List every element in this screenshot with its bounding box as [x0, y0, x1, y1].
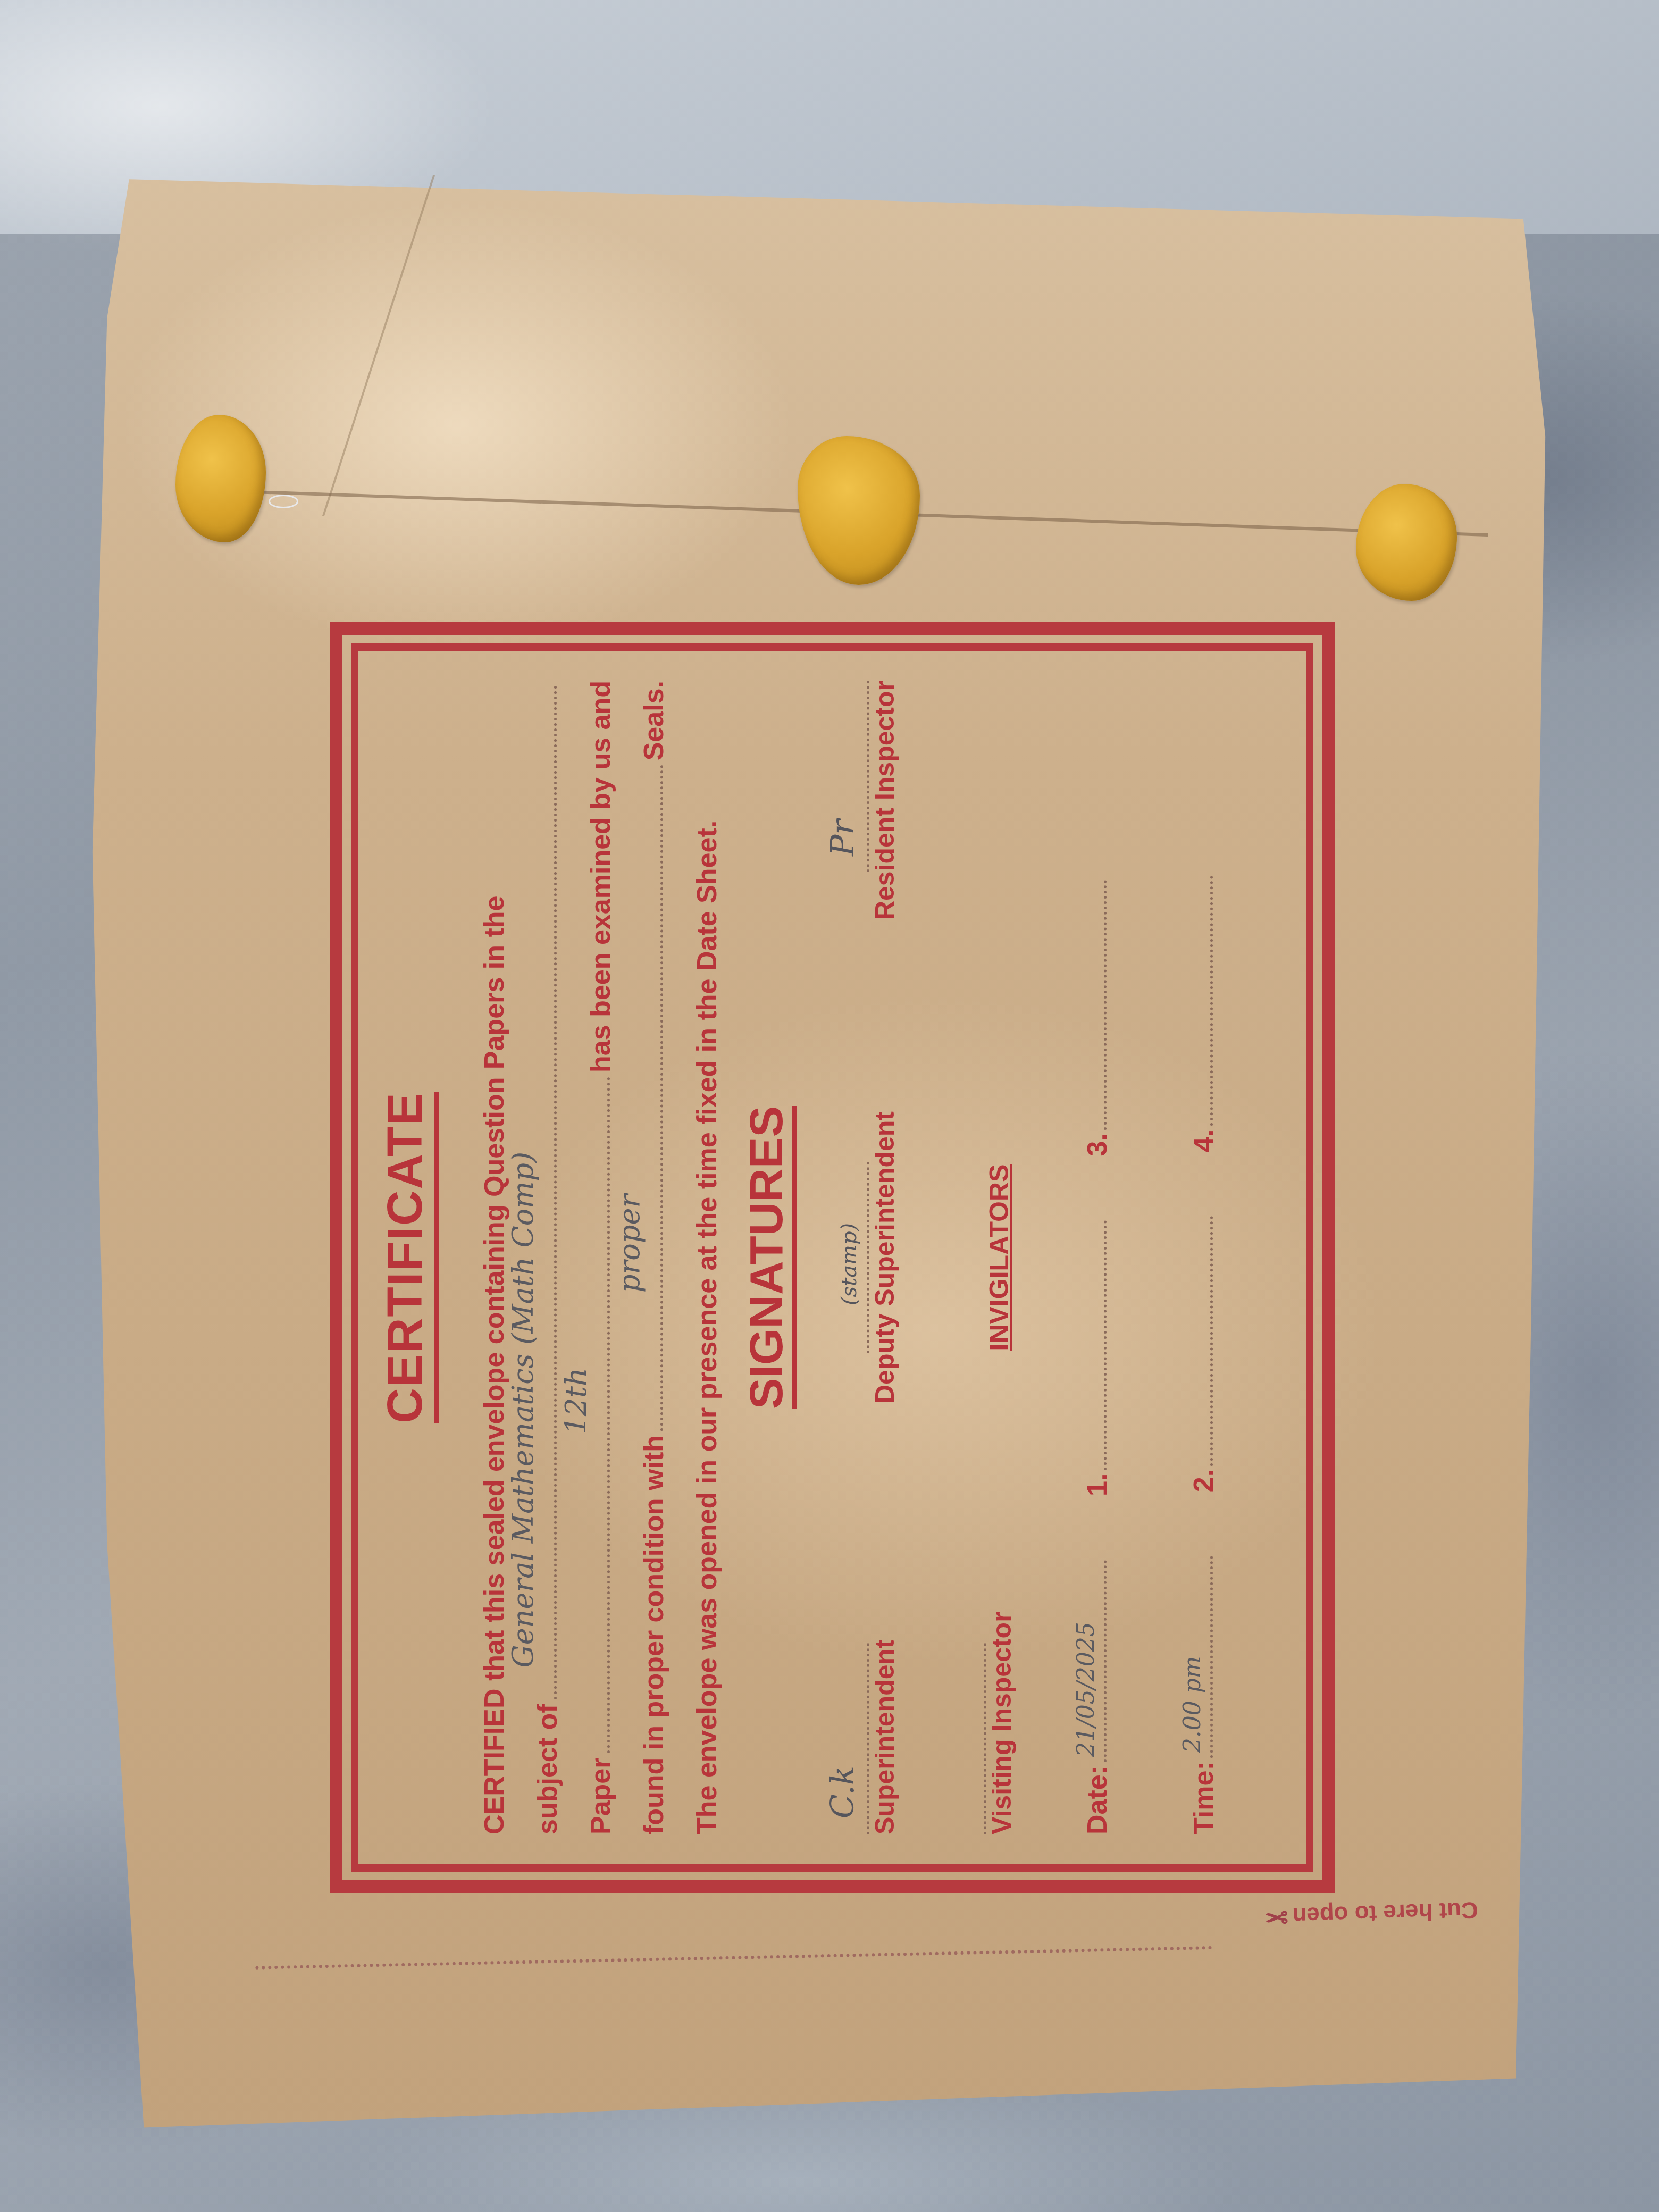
deputy-superintendent-signature: (stamp) Deputy Superintendent	[819, 1109, 900, 1406]
staple-pin	[269, 495, 298, 508]
certificate-title: CERTIFICATE	[378, 622, 433, 1893]
date-input[interactable]: 21/05/2025	[1074, 1560, 1107, 1762]
invigilator-3-signature-line[interactable]	[1074, 880, 1107, 1130]
signature-row-inspector: Visiting Inspector INVIGILATORS	[936, 681, 1017, 1834]
cert-line-5: The envelope was opened in our presence …	[681, 681, 734, 1834]
certificate-form: CERTIFICATE CERTIFIED that this sealed e…	[330, 622, 1335, 1893]
superintendent-signature-line[interactable]: C.k	[819, 1643, 869, 1834]
time-row: Time: 2.00 pm 2. 4.	[1180, 681, 1220, 1834]
date-field: Date: 21/05/2025	[1074, 1560, 1113, 1834]
signature-row-officials: C.k Superintendent (stamp) Deputy Superi…	[819, 681, 900, 1834]
wax-seal	[1356, 484, 1457, 601]
certificate-area: CERTIFICATE CERTIFIED that this sealed e…	[330, 622, 1335, 1893]
date-row: Date: 21/05/2025 1. 3.	[1074, 681, 1113, 1834]
resident-inspector-signature-line[interactable]: Pr	[819, 681, 869, 872]
invigilator-1: 1.	[1074, 1220, 1113, 1496]
invigilator-4: 4.	[1180, 876, 1220, 1152]
wax-seal	[175, 415, 266, 542]
invigilator-4-signature-line[interactable]	[1180, 876, 1213, 1126]
cert-line-subject: subject of General Mathematics (Math Com…	[521, 681, 574, 1834]
paper-field[interactable]: 12th	[575, 1077, 610, 1754]
scissors-icon: ✂	[1264, 1900, 1289, 1932]
invigilator-1-signature-line[interactable]	[1074, 1220, 1107, 1470]
cert-line-seals: found in proper condition with proper Se…	[627, 681, 681, 1834]
visiting-inspector-signature-line[interactable]	[936, 1643, 986, 1834]
subject-field[interactable]: General Mathematics (Math Comp)	[522, 685, 557, 1699]
deputy-superintendent-signature-line[interactable]: (stamp)	[819, 1162, 869, 1353]
superintendent-signature: C.k Superintendent	[819, 1537, 900, 1834]
time-field: Time: 2.00 pm	[1180, 1556, 1220, 1834]
signatures-heading: SIGNATURES	[739, 622, 793, 1893]
certificate-body: CERTIFIED that this sealed envelope cont…	[468, 681, 734, 1834]
invigilator-2: 2.	[1180, 1216, 1220, 1492]
seals-field[interactable]: proper	[629, 765, 663, 1431]
invigilator-3: 3.	[1074, 880, 1113, 1156]
invigilators-heading: INVIGILATORS	[936, 1109, 1017, 1406]
resident-inspector-signature: Pr Resident Inspector	[819, 681, 900, 978]
invigilator-2-signature-line[interactable]	[1180, 1216, 1213, 1466]
visiting-inspector-signature: Visiting Inspector	[936, 1537, 1017, 1834]
time-input[interactable]: 2.00 pm	[1180, 1556, 1213, 1758]
